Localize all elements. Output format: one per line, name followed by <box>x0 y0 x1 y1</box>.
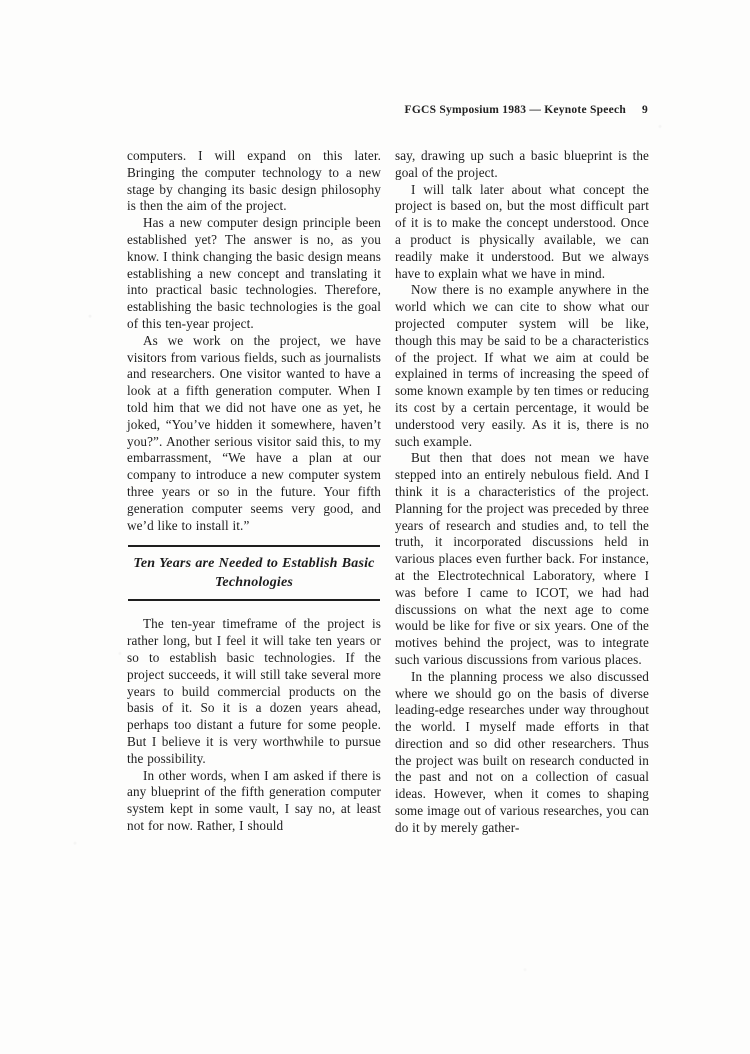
two-column-body: computers. I will expand on this later. … <box>127 148 650 837</box>
section-rule-bottom <box>128 599 380 601</box>
running-head-title: FGCS Symposium 1983 — Keynote Speech <box>405 104 626 116</box>
paragraph: computers. I will expand on this later. … <box>127 148 381 215</box>
paragraph: As we work on the project, we have visit… <box>127 333 381 535</box>
paragraph: say, drawing up such a basic blueprint i… <box>395 148 649 182</box>
paragraph: In other words, when I am asked if there… <box>127 768 381 835</box>
paragraph: The ten-year timeframe of the project is… <box>127 616 381 767</box>
running-head: FGCS Symposium 1983 — Keynote Speech9 <box>0 104 648 116</box>
paragraph: But then that does not mean we have step… <box>395 450 649 668</box>
section-heading-block: Ten Years are Needed to Establish Basic … <box>128 545 380 601</box>
paragraph: Now there is no example anywhere in the … <box>395 282 649 450</box>
paragraph: I will talk later about what concept the… <box>395 182 649 283</box>
paragraph: In the planning process we also discusse… <box>395 669 649 837</box>
scanned-document-page: FGCS Symposium 1983 — Keynote Speech9 co… <box>0 0 750 1054</box>
right-column: say, drawing up such a basic blueprint i… <box>395 148 649 837</box>
page-number: 9 <box>642 104 648 116</box>
left-column: computers. I will expand on this later. … <box>127 148 381 837</box>
section-heading: Ten Years are Needed to Establish Basic … <box>128 547 380 599</box>
paragraph: Has a new computer design principle been… <box>127 215 381 333</box>
